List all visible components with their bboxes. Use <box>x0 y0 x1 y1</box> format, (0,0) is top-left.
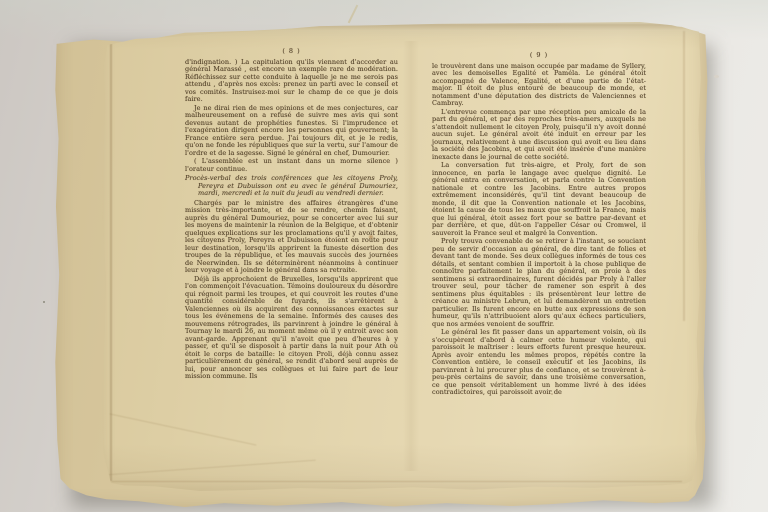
paragraph: Déjà ils approchoient de Bruxelles, lors… <box>185 276 398 381</box>
photo-of-document: ( 8 ) d'indignation. ) La capitulation q… <box>0 0 768 512</box>
paragraph: d'indignation. ) La capitulation qu'ils … <box>185 59 398 104</box>
page-left-column: ( 8 ) d'indignation. ) La capitulation q… <box>185 48 398 382</box>
corner-crease-1 <box>110 413 257 445</box>
page-right-column: ( 9 ) le trouvèrent dans une maison occu… <box>432 52 646 398</box>
background-speck <box>714 75 719 78</box>
right-fold-crease <box>683 31 685 321</box>
paragraph: La conversation fut très-aigre, et Proly… <box>432 162 646 237</box>
background-speck <box>43 301 45 303</box>
left-fold-crease <box>110 43 112 481</box>
paper-fiber <box>348 5 359 24</box>
paragraph: ( L'assemblée est un instant dans un mor… <box>185 158 398 173</box>
paragraph: L'entrevue commença par une réception pe… <box>432 109 646 162</box>
paragraph: Proly trouva convenable de se retirer à … <box>432 238 646 328</box>
corner-crease-2 <box>106 460 316 476</box>
bottom-edge-crease <box>112 481 682 482</box>
paragraph: le trouvèrent dans une maison occupée pa… <box>432 63 646 108</box>
paragraph: Je ne dirai rien de mes opinions et de m… <box>185 105 398 158</box>
page-number-left: ( 8 ) <box>185 48 398 56</box>
paragraph: Le général les fit passer dans un appart… <box>432 329 646 397</box>
document-sheet: ( 8 ) d'indignation. ) La capitulation q… <box>100 21 702 491</box>
top-fold-crease <box>102 24 698 30</box>
paragraph: Chargés par le ministre des affaires étr… <box>185 200 398 275</box>
section-heading: Procès-verbal des trois conférences que … <box>185 175 398 198</box>
page-number-right: ( 9 ) <box>432 52 646 60</box>
center-gutter-shade <box>403 41 419 471</box>
